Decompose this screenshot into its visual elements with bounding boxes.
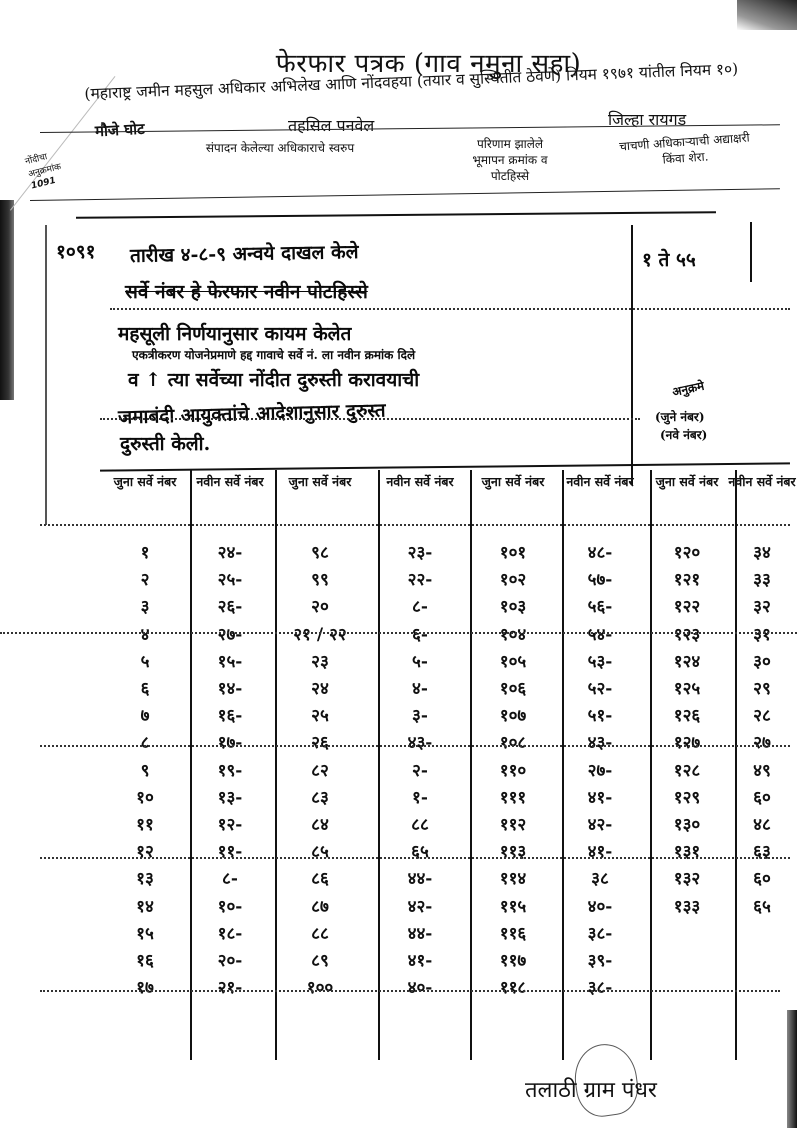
table-cell: १२० xyxy=(652,540,722,563)
entry-line: दुरुस्ती केली. xyxy=(120,430,210,456)
table-cell: ८३ xyxy=(285,785,355,808)
table-cell: ६ xyxy=(110,676,180,699)
table-cell: ८- xyxy=(385,594,455,617)
table-cell: २५ xyxy=(285,703,355,726)
dotted-rule xyxy=(110,308,790,310)
table-cell: ४३- xyxy=(385,730,455,753)
table-header-rule xyxy=(40,524,790,526)
table-cell: ३ xyxy=(110,594,180,617)
table-header-cell: जुना सर्वे नंबर xyxy=(472,474,554,490)
table-cell: ३- xyxy=(385,703,455,726)
entry-line: सर्वे नंबर हे फेरफार नवीन पोटहिस्से xyxy=(125,278,368,304)
table-cell: ८- xyxy=(195,866,265,889)
table-cell: ३९- xyxy=(565,948,635,971)
table-cell: ११५ xyxy=(478,894,548,917)
table-cell: ८ xyxy=(110,730,180,753)
table-cell: १२२ xyxy=(652,594,722,617)
table-cell: ५१- xyxy=(565,703,635,726)
table-header-cell: नवीन सर्वे नंबर xyxy=(189,474,271,490)
margin-note: (जुने नंबर) xyxy=(655,408,705,425)
table-cell: ८२ xyxy=(285,758,355,781)
margin-note: (नवे नंबर) xyxy=(660,426,707,443)
table-cell: १११ xyxy=(478,785,548,808)
table-cell: ११६ xyxy=(478,921,548,944)
table-cell: ९९ xyxy=(285,567,355,590)
table-cell: १९- xyxy=(195,758,265,781)
table-cell: ३८- xyxy=(565,921,635,944)
table-cell: २०- xyxy=(195,948,265,971)
margin-line xyxy=(45,225,47,525)
table-column-divider xyxy=(275,470,277,1060)
table-cell: ३३ xyxy=(727,567,797,590)
entry-divider xyxy=(631,225,633,485)
table-cell: १- xyxy=(385,785,455,808)
table-cell: ४४- xyxy=(385,866,455,889)
table-cell: १२५ xyxy=(652,676,722,699)
dotted-rule xyxy=(100,418,640,420)
table-header-cell: नवीन सर्वे नंबर xyxy=(721,474,797,490)
table-cell: ११७ xyxy=(478,948,548,971)
table-cell: ८६ xyxy=(285,866,355,889)
table-cell: ११४ xyxy=(478,866,548,889)
table-cell: ३४ xyxy=(727,540,797,563)
table-cell: ३८- xyxy=(565,975,635,998)
table-cell: १०७ xyxy=(478,703,548,726)
dotted-rule xyxy=(40,990,780,992)
table-cell: १०२ xyxy=(478,567,548,590)
table-cell: ३२ xyxy=(727,594,797,617)
table-cell: ५ xyxy=(110,649,180,672)
table-cell: १६ xyxy=(110,948,180,971)
table-cell: ८८ xyxy=(385,812,455,835)
table-cell: १ xyxy=(110,540,180,563)
table-cell: ११८ xyxy=(478,975,548,998)
table-cell: ११० xyxy=(478,758,548,781)
table-cell: ८४ xyxy=(285,812,355,835)
table-cell: ११२ xyxy=(478,812,548,835)
table-cell: २४ xyxy=(285,676,355,699)
column-header-remark: चाचणी अधिकाऱ्याची अद्याक्षरी किंवा शेरा. xyxy=(589,127,781,173)
table-cell: ४३- xyxy=(565,730,635,753)
signature-label: तलाठी ग्राम पंधर xyxy=(525,1074,657,1104)
table-cell: २० xyxy=(285,594,355,617)
table-cell: १२४ xyxy=(652,649,722,672)
dotted-rule xyxy=(0,632,797,634)
table-cell: २- xyxy=(385,758,455,781)
table-cell: ६० xyxy=(727,785,797,808)
table-cell: ३८ xyxy=(565,866,635,889)
header-rule xyxy=(30,188,780,201)
table-cell: १३- xyxy=(195,785,265,808)
table-cell: १२६ xyxy=(652,703,722,726)
table-cell: ५३- xyxy=(565,649,635,672)
entry-result-ref: १ ते ५५ xyxy=(642,246,696,272)
table-cell: ६५ xyxy=(727,894,797,917)
table-cell: ८८ xyxy=(285,921,355,944)
table-cell: ४४- xyxy=(385,921,455,944)
table-cell: १८- xyxy=(195,921,265,944)
table-cell: ४८- xyxy=(565,540,635,563)
entry-line: तारीख ४-८-९ अन्वये दाखल केले xyxy=(130,238,359,268)
table-cell: ४१- xyxy=(385,948,455,971)
entry-divider xyxy=(750,222,752,282)
dotted-rule xyxy=(40,857,790,859)
table-cell: १० xyxy=(110,785,180,808)
table-cell: १०३ xyxy=(478,594,548,617)
column-header-nature-of-right: संपादन केलेल्या अधिकाराचे स्वरुप xyxy=(180,140,380,156)
table-column-divider xyxy=(562,470,564,1060)
table-cell: १७- xyxy=(195,730,265,753)
table-cell: १२९ xyxy=(652,785,722,808)
table-cell: ७ xyxy=(110,703,180,726)
table-cell: १२७ xyxy=(652,730,722,753)
margin-note: अनुक्रमे xyxy=(671,377,706,400)
table-cell: ४८ xyxy=(727,812,797,835)
table-cell: २६- xyxy=(195,594,265,617)
table-header-cell: जुना सर्वे नंबर xyxy=(104,474,186,490)
table-cell: २५- xyxy=(195,567,265,590)
table-cell: २३ xyxy=(285,649,355,672)
table-cell: ८७ xyxy=(285,894,355,917)
table-cell: २४- xyxy=(195,540,265,563)
table-cell: १०५ xyxy=(478,649,548,672)
page-edge-shadow xyxy=(737,0,797,30)
table-cell: १०० xyxy=(285,975,355,998)
table-cell: १३३ xyxy=(652,894,722,917)
column-header-result: परिणाम झालेले भूमापन क्रमांक व पोटहिस्से xyxy=(450,136,570,185)
table-cell: १३२ xyxy=(652,866,722,889)
result-label: भूमापन क्रमांक व xyxy=(450,152,570,168)
tahsil-name: तहसिल पनवेल xyxy=(288,114,374,136)
table-cell: १५- xyxy=(195,649,265,672)
table-cell: १४- xyxy=(195,676,265,699)
table-cell: ४२- xyxy=(385,894,455,917)
table-cell: ३० xyxy=(727,649,797,672)
table-cell: १५ xyxy=(110,921,180,944)
table-cell: २२- xyxy=(385,567,455,590)
table-cell: ४- xyxy=(385,676,455,699)
entry-number: १०९१ xyxy=(56,238,96,264)
table-cell: १६- xyxy=(195,703,265,726)
table-header-cell: नवीन सर्वे नंबर xyxy=(379,474,461,490)
table-cell: ४०- xyxy=(565,894,635,917)
table-cell: ४१- xyxy=(565,785,635,808)
entry-line: व ↑ त्या सर्वेच्या नोंदीत दुरुस्ती करावय… xyxy=(128,366,419,392)
table-header-cell: जुना सर्वे नंबर xyxy=(279,474,361,490)
table-cell: ५७- xyxy=(565,567,635,590)
table-cell: ६० xyxy=(727,866,797,889)
column-header-serial: नोंदीचा अनुक्रमांक 1091 xyxy=(24,149,66,194)
table-cell: १०- xyxy=(195,894,265,917)
table-cell: ४९ xyxy=(727,758,797,781)
table-cell: ५- xyxy=(385,649,455,672)
table-cell: ९ xyxy=(110,758,180,781)
table-cell: ११ xyxy=(110,812,180,835)
table-cell: १३ xyxy=(110,866,180,889)
table-cell: ५२- xyxy=(565,676,635,699)
table-header-cell: नवीन सर्वे नंबर xyxy=(559,474,641,490)
result-label: परिणाम झालेले xyxy=(450,136,570,152)
page-edge-shadow xyxy=(787,1010,797,1128)
table-column-divider xyxy=(470,470,472,1060)
result-label: पोटहिस्से xyxy=(450,168,570,184)
table-cell: १०१ xyxy=(478,540,548,563)
table-top-rule xyxy=(100,462,790,471)
table-column-divider xyxy=(190,470,192,1060)
table-cell: २७- xyxy=(565,758,635,781)
table-cell: २ xyxy=(110,567,180,590)
table-cell: १२१ xyxy=(652,567,722,590)
table-column-divider xyxy=(378,470,380,1060)
stamp-line: एकत्रीकरण योजनेप्रमाणे हद्द गावाचे सर्वे… xyxy=(132,346,415,363)
table-cell: १४ xyxy=(110,894,180,917)
entry-line: महसूली निर्णयानुसार कायम केलेत xyxy=(118,320,351,346)
table-cell: १२८ xyxy=(652,758,722,781)
table-cell: १०८ xyxy=(478,730,548,753)
table-cell: २९ xyxy=(727,676,797,699)
table-cell: ४२- xyxy=(565,812,635,835)
table-cell: २७ xyxy=(727,730,797,753)
ferfar-patrak-page: फेरफार पत्रक (गाव नमुना सहा) (महाराष्ट्र… xyxy=(0,0,797,1128)
dotted-rule xyxy=(40,745,790,747)
entry-top-rule xyxy=(76,211,716,219)
table-cell: ९८ xyxy=(285,540,355,563)
table-cell: २१- xyxy=(195,975,265,998)
table-cell: ५६- xyxy=(565,594,635,617)
table-cell: २६ xyxy=(285,730,355,753)
table-cell: १०६ xyxy=(478,676,548,699)
table-cell: २८ xyxy=(727,703,797,726)
page-edge-shadow xyxy=(0,200,14,400)
table-cell: १७ xyxy=(110,975,180,998)
table-cell: ४०- xyxy=(385,975,455,998)
table-cell: १२- xyxy=(195,812,265,835)
table-header-cell: जुना सर्वे नंबर xyxy=(646,474,728,490)
entry-line: जमाबंदी आयुक्तांचे आदेशानुसार दुरुस्त xyxy=(118,397,386,430)
table-cell: ८९ xyxy=(285,948,355,971)
table-cell: १३० xyxy=(652,812,722,835)
table-cell: २३- xyxy=(385,540,455,563)
